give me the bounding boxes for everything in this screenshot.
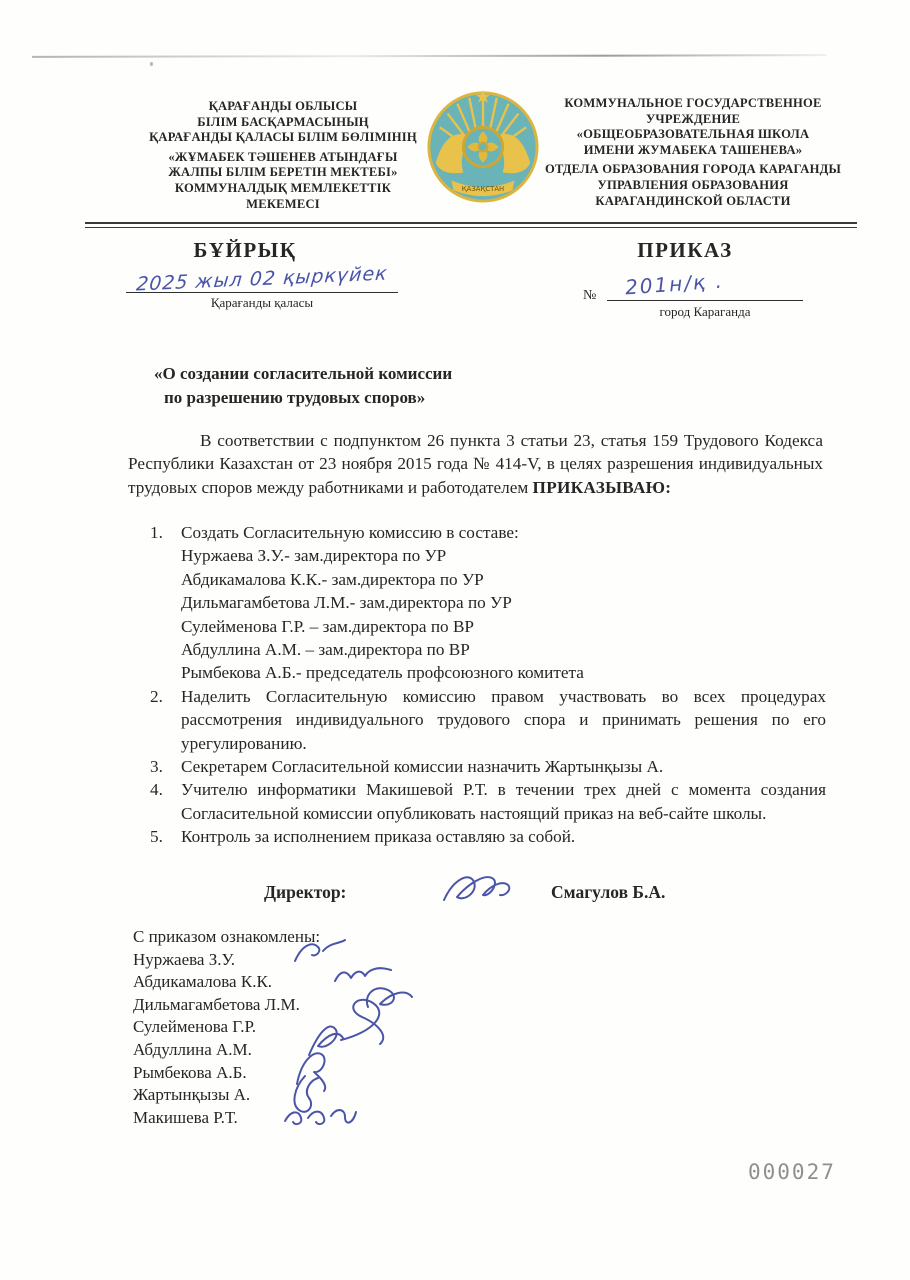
item-marker: 2. [150, 685, 181, 755]
acknowledgment-row: Рымбекова А.Б. [133, 1062, 563, 1085]
org-line: КАРАГАНДИНСКОЙ ОБЛАСТИ [528, 194, 858, 210]
acknowledged-name: Дильмагамбетова Л.М. [133, 995, 300, 1014]
acknowledged-name: Сулейменова Г.Р. [133, 1017, 256, 1036]
item-marker: 1. [150, 521, 181, 685]
member: Рымбекова А.Б.- председатель профсоюзног… [181, 661, 826, 684]
item-text: Контроль за исполнением приказа оставляю… [181, 825, 826, 848]
order-title-russian: ПРИКАЗ [575, 238, 795, 263]
org-name-kazakh: ҚАРАҒАНДЫ ОБЛЫСЫ БІЛІМ БАСҚАРМАСЫНЫҢ ҚАР… [118, 99, 448, 212]
org-line: УПРАВЛЕНИЯ ОБРАЗОВАНИЯ [528, 178, 858, 194]
member: Абдикамалова К.К.- зам.директора по УР [181, 568, 826, 591]
subject-line-1: «О создании согласительной комиссии [154, 362, 634, 386]
director-label: Директор: [264, 882, 346, 903]
place-caption-kazakh: Қарағанды қаласы [126, 295, 398, 311]
order-date-block: 2025 жыл 02 қыркүйек Қарағанды қаласы [126, 268, 398, 311]
org-line: ҚАРАҒАНДЫ ОБЛЫСЫ [118, 99, 448, 115]
acknowledged-name: Абдикамалова К.К. [133, 972, 272, 991]
item-text: Создать Согласительную комиссию в состав… [181, 521, 826, 685]
order-item-2: 2. Наделить Согласительную комиссию прав… [150, 685, 826, 755]
org-line: «ЖҰМАБЕК ТӘШЕНЕВ АТЫНДАҒЫ [118, 150, 448, 166]
org-name-russian: КОММУНАЛЬНОЕ ГОСУДАРСТВЕННОЕ УЧРЕЖДЕНИЕ … [528, 96, 858, 209]
intro-paragraph: В соответствии с подпунктом 26 пункта 3 … [128, 429, 823, 499]
acknowledged-name: Жартынқызы А. [133, 1085, 250, 1104]
item-text: Учителю информатики Макишевой Р.Т. в теч… [181, 778, 826, 825]
org-line: «ОБЩЕОБРАЗОВАТЕЛЬНАЯ ШКОЛА [528, 127, 858, 143]
member: Сулейменова Г.Р. – зам.директора по ВР [181, 615, 826, 638]
org-line: БІЛІМ БАСҚАРМАСЫНЫҢ [118, 115, 448, 131]
item-text: Наделить Согласительную комиссию правом … [181, 685, 826, 755]
intro-text: В соответствии с подпунктом 26 пункта 3 … [128, 431, 823, 497]
org-line: УЧРЕЖДЕНИЕ [528, 112, 858, 128]
prikazyvayu-keyword: ПРИКАЗЫВАЮ: [533, 478, 672, 497]
order-item-1: 1. Создать Согласительную комиссию в сос… [150, 521, 826, 685]
item-marker: 3. [150, 755, 181, 778]
item-marker: 4. [150, 778, 181, 825]
member: Нуржаева З.У.- зам.директора по УР [181, 544, 826, 567]
director-name: Смагулов Б.А. [551, 882, 665, 903]
signature-icon [281, 1099, 361, 1133]
org-line: МЕКЕМЕСІ [118, 197, 448, 213]
acknowledged-name: Рымбекова А.Б. [133, 1063, 247, 1082]
number-sign-label: № [583, 288, 596, 304]
org-line: ҚАРАҒАНДЫ ҚАЛАСЫ БІЛІМ БӨЛІМІНІҢ [118, 130, 448, 146]
director-signature-icon [438, 866, 520, 912]
order-subject: «О создании согласительной комиссии по р… [154, 362, 634, 409]
org-line: КОММУНАЛДЫҚ МЕМЛЕКЕТТІК [118, 181, 448, 197]
scanned-order-document: ҚАРАҒАНДЫ ОБЛЫСЫ БІЛІМ БАСҚАРМАСЫНЫҢ ҚАР… [0, 0, 910, 1280]
order-title-kazakh: БҰЙРЫҚ [130, 238, 360, 263]
kazakhstan-emblem-icon: ҚАЗАҚСТАН [424, 84, 542, 208]
number-underline [607, 300, 803, 301]
member: Абдуллина А.М. – зам.директора по ВР [181, 638, 826, 661]
order-item-4: 4. Учителю информатики Макишевой Р.Т. в … [150, 778, 826, 825]
commission-members: Нуржаева З.У.- зам.директора по УР Абдик… [181, 544, 826, 684]
handwritten-date: 2025 жыл 02 қыркүйек [125, 262, 399, 296]
place-caption-russian: город Караганда [607, 304, 803, 320]
acknowledgment-row: Макишева Р.Т. [133, 1107, 563, 1130]
member: Дильмагамбетова Л.М.- зам.директора по У… [181, 591, 826, 614]
org-line: ОТДЕЛА ОБРАЗОВАНИЯ ГОРОДА КАРАГАНДЫ [528, 162, 858, 178]
handwritten-order-number: 201н/қ . [624, 269, 724, 300]
item1-lead: Создать Согласительную комиссию в состав… [181, 523, 519, 542]
order-item-3: 3. Секретарем Согласительной комиссии на… [150, 755, 826, 778]
page-number-stamp: 000027 [748, 1160, 836, 1184]
scan-speck [150, 62, 153, 66]
order-items-list: 1. Создать Согласительную комиссию в сос… [150, 521, 826, 849]
acknowledgment-row: Абдуллина А.М. [133, 1039, 563, 1062]
acknowledged-name: Нуржаева З.У. [133, 950, 235, 969]
order-item-5: 5. Контроль за исполнением приказа остав… [150, 825, 826, 848]
acknowledged-name: Макишева Р.Т. [133, 1108, 238, 1127]
emblem-banner-text: ҚАЗАҚСТАН [462, 185, 504, 193]
item-marker: 5. [150, 825, 181, 848]
acknowledged-name: Абдуллина А.М. [133, 1040, 252, 1059]
acknowledgment-block: С приказом ознакомлены: Нуржаева З.У. Аб… [133, 926, 563, 1129]
org-line: КОММУНАЛЬНОЕ ГОСУДАРСТВЕННОЕ [528, 96, 858, 112]
org-line: ИМЕНИ ЖУМАБЕКА ТАШЕНЕВА» [528, 143, 858, 159]
header-divider-rule [85, 222, 857, 228]
scan-artifact-line [32, 54, 827, 58]
subject-line-2: по разрешению трудовых споров» [154, 386, 634, 410]
director-signature-row: Директор: Смагулов Б.А. [0, 872, 910, 922]
item-text: Секретарем Согласительной комиссии назна… [181, 755, 826, 778]
org-line: ЖАЛПЫ БІЛІМ БЕРЕТІН МЕКТЕБІ» [118, 165, 448, 181]
